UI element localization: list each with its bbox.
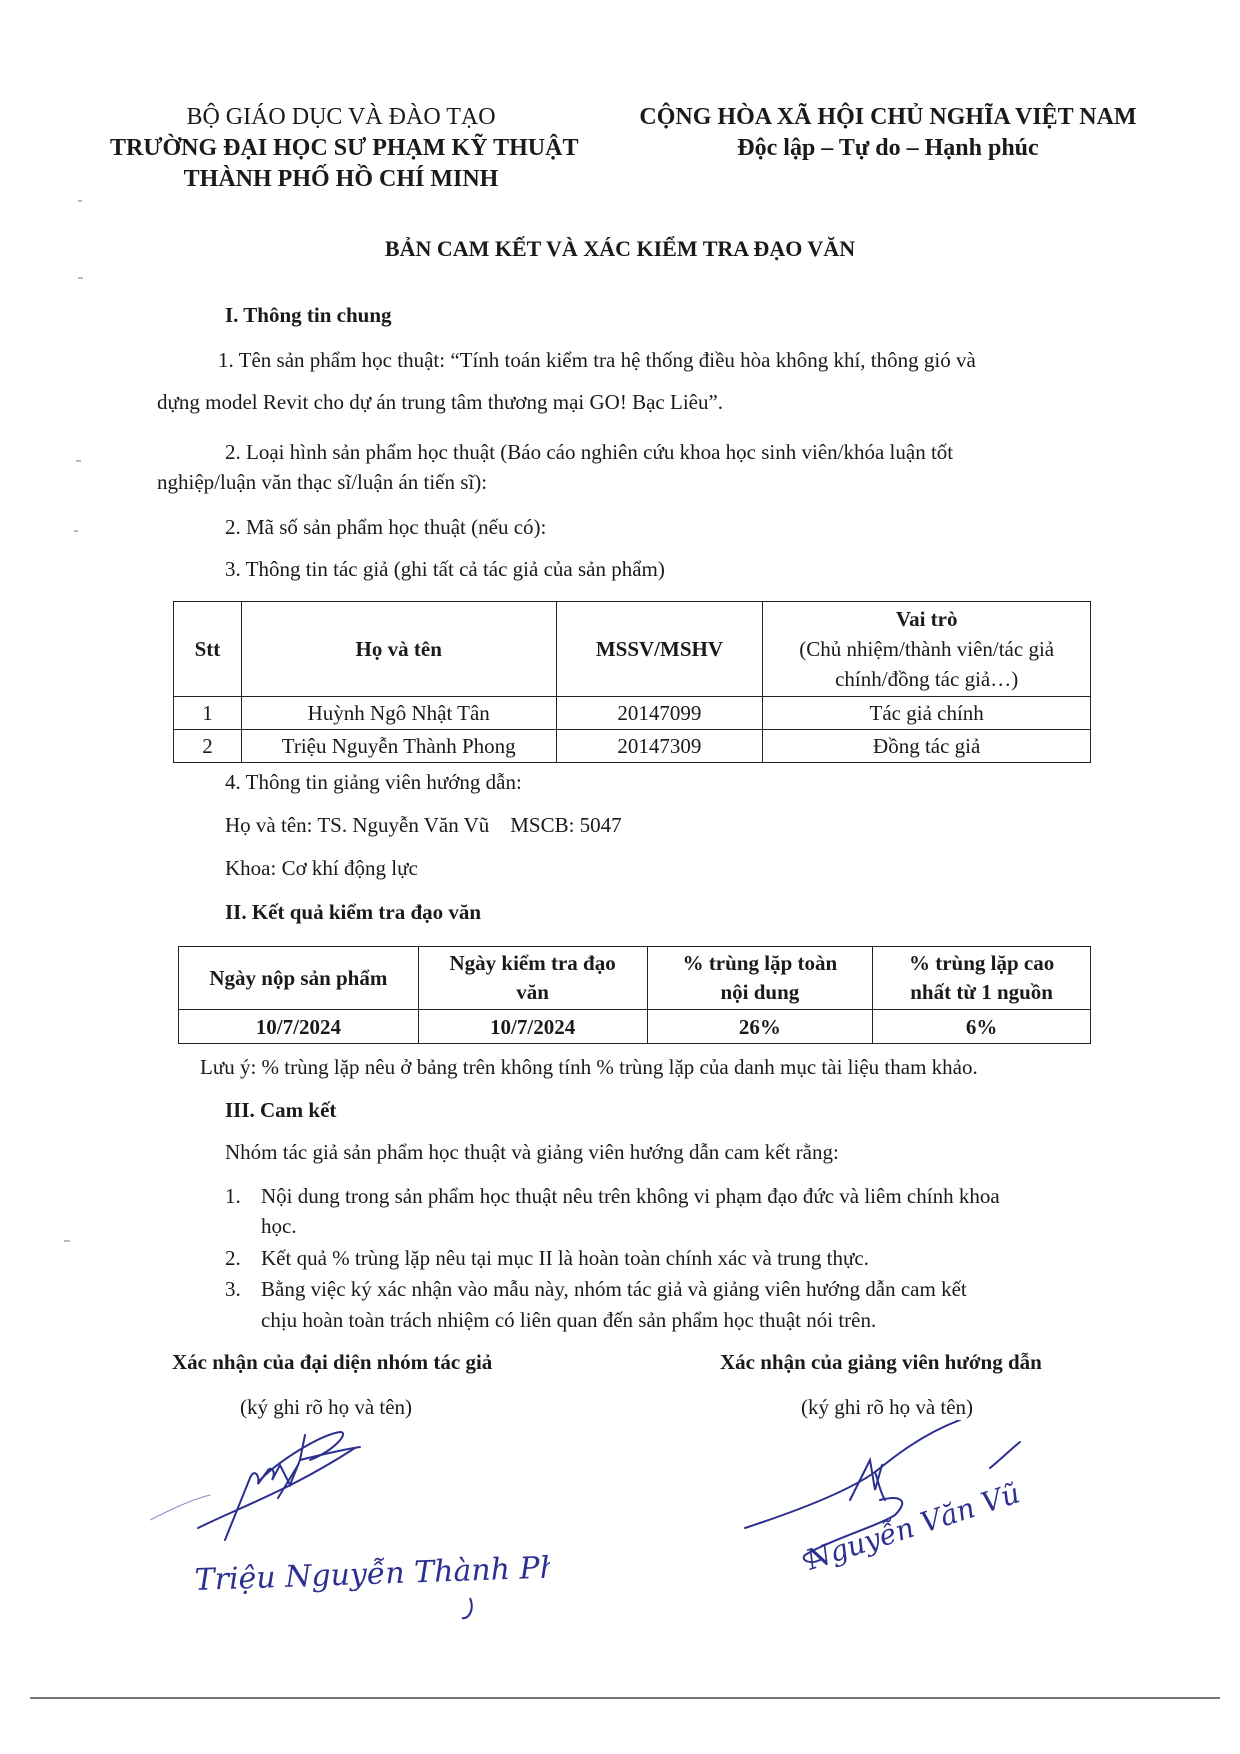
- scan-mark: [64, 1240, 70, 1242]
- author-info-label: 3. Thông tin tác giả (ghi tất cả tác giả…: [225, 557, 665, 582]
- cell-stt: 1: [174, 697, 242, 730]
- cell-stt: 2: [174, 730, 242, 763]
- header-max-single-source: % trùng lặp caonhất từ 1 nguồn: [873, 947, 1091, 1010]
- header-role-title: Vai trò: [763, 604, 1090, 634]
- national-motto: Độc lập – Tự do – Hạnh phúc: [618, 133, 1158, 164]
- author-signature-title: Xác nhận của đại diện nhóm tác giả: [172, 1350, 492, 1375]
- header-text: % trùng lặp toàn: [648, 949, 873, 978]
- section1-heading: I. Thông tin chung: [225, 303, 392, 328]
- cell-max-single-source: 6%: [873, 1010, 1091, 1044]
- header-total-similarity: % trùng lặp toànnội dung: [647, 947, 873, 1010]
- author-signature-instruction: (ký ghi rõ họ và tên): [240, 1395, 412, 1420]
- section3-heading: III. Cam kết: [225, 1098, 336, 1123]
- cell-student-id: 20147099: [556, 697, 763, 730]
- table-row: 1 Huỳnh Ngô Nhật Tân 20147099 Tác giả ch…: [174, 697, 1091, 730]
- scan-mark: [78, 200, 82, 202]
- product-type-line1: 2. Loại hình sản phẩm học thuật (Báo cáo…: [225, 440, 953, 465]
- item-text: Nội dung trong sản phẩm học thuật nêu tr…: [261, 1184, 1000, 1208]
- advisor-signature-instruction: (ký ghi rõ họ và tên): [801, 1395, 973, 1420]
- scan-mark: [78, 277, 83, 279]
- header-check-date: Ngày kiểm tra đạovăn: [418, 947, 647, 1010]
- cell-role: Tác giả chính: [763, 697, 1091, 730]
- commitment-item-1-cont: học.: [261, 1214, 297, 1239]
- cell-name: Huỳnh Ngô Nhật Tân: [241, 697, 556, 730]
- header-name: Họ và tên: [241, 602, 556, 697]
- country-name: CỘNG HÒA XÃ HỘI CHỦ NGHĨA VIỆT NAM: [618, 102, 1158, 133]
- header-text: nhất từ 1 nguồn: [873, 978, 1090, 1007]
- document-title: BẢN CAM KẾT VÀ XÁC KIỂM TRA ĐẠO VĂN: [0, 236, 1240, 262]
- cell-total-similarity: 26%: [647, 1010, 873, 1044]
- authors-table: Stt Họ và tên MSSV/MSHV Vai trò (Chủ nhi…: [173, 601, 1091, 763]
- header-text: Ngày nộp sản phẩm: [179, 964, 418, 993]
- advisor-faculty: Khoa: Cơ khí động lực: [225, 856, 418, 881]
- product-type-line2: nghiệp/luận văn thạc sĩ/luận án tiến sĩ)…: [157, 470, 487, 495]
- header-text: Ngày kiểm tra đạo: [419, 949, 647, 978]
- item-number: 3.: [225, 1277, 261, 1302]
- item-text: Bằng việc ký xác nhận vào mẫu này, nhóm …: [261, 1277, 967, 1301]
- commitment-item-1: 1.Nội dung trong sản phẩm học thuật nêu …: [225, 1184, 1000, 1209]
- commitment-intro: Nhóm tác giả sản phẩm học thuật và giảng…: [225, 1140, 839, 1165]
- header-role: Vai trò (Chủ nhiệm/thành viên/tác giả ch…: [763, 602, 1091, 697]
- ministry-header: BỘ GIÁO DỤC VÀ ĐÀO TẠO TRƯỜNG ĐẠI HỌC SƯ…: [110, 102, 572, 195]
- scan-mark: [74, 530, 78, 532]
- header-text: % trùng lặp cao: [873, 949, 1090, 978]
- authors-table-header: Stt Họ và tên MSSV/MSHV Vai trò (Chủ nhi…: [174, 602, 1091, 697]
- scan-mark: [76, 460, 81, 462]
- header-text: văn: [419, 978, 647, 1007]
- section2-heading: II. Kết quả kiểm tra đạo văn: [225, 900, 481, 925]
- table-row: 10/7/2024 10/7/2024 26% 6%: [179, 1010, 1091, 1044]
- cell-check-date: 10/7/2024: [418, 1010, 647, 1044]
- page-bottom-rule: [30, 1697, 1220, 1699]
- item-number: 2.: [225, 1246, 261, 1271]
- author-signature-image: Triệu Nguyễn Thành Phong: [150, 1420, 550, 1620]
- cell-student-id: 20147309: [556, 730, 763, 763]
- cell-name: Triệu Nguyễn Thành Phong: [241, 730, 556, 763]
- advisor-name: Họ và tên: TS. Nguyễn Văn Vũ MSCB: 5047: [225, 813, 622, 838]
- author-handwritten-name: Triệu Nguyễn Thành Phong: [194, 1548, 550, 1598]
- cell-submission-date: 10/7/2024: [179, 1010, 419, 1044]
- table-row: 2 Triệu Nguyễn Thành Phong 20147309 Đồng…: [174, 730, 1091, 763]
- header-role-desc2: chính/đồng tác giả…): [763, 664, 1090, 694]
- commitment-item-3: 3.Bằng việc ký xác nhận vào mẫu này, nhó…: [225, 1277, 967, 1302]
- advisor-signature-image: Nguyễn Văn Vũ: [700, 1420, 1050, 1600]
- header-text: nội dung: [648, 978, 873, 1007]
- advisor-info-label: 4. Thông tin giảng viên hướng dẫn:: [225, 770, 522, 795]
- results-table-header: Ngày nộp sản phẩm Ngày kiểm tra đạovăn %…: [179, 947, 1091, 1010]
- header-stt: Stt: [174, 602, 242, 697]
- ministry-name: BỘ GIÁO DỤC VÀ ĐÀO TẠO: [110, 102, 572, 133]
- product-name-line1: 1. Tên sản phẩm học thuật: “Tính toán ki…: [218, 348, 976, 373]
- header-role-desc1: (Chủ nhiệm/thành viên/tác giả: [763, 634, 1090, 664]
- advisor-signature-title: Xác nhận của giảng viên hướng dẫn: [720, 1350, 1042, 1375]
- cell-role: Đồng tác giả: [763, 730, 1091, 763]
- item-text: Kết quả % trùng lặp nêu tại mục II là ho…: [261, 1246, 869, 1270]
- commitment-item-3-cont: chịu hoàn toàn trách nhiệm có liên quan …: [261, 1308, 876, 1333]
- header-student-id: MSSV/MSHV: [556, 602, 763, 697]
- product-code: 2. Mã số sản phẩm học thuật (nếu có):: [225, 515, 546, 540]
- header-submission-date: Ngày nộp sản phẩm: [179, 947, 419, 1010]
- university-name: TRƯỜNG ĐẠI HỌC SƯ PHẠM KỸ THUẬT: [110, 133, 572, 164]
- national-header: CỘNG HÒA XÃ HỘI CHỦ NGHĨA VIỆT NAM Độc l…: [618, 102, 1158, 164]
- advisor-handwritten-name: Nguyễn Văn Vũ: [801, 1477, 1024, 1577]
- plagiarism-results-table: Ngày nộp sản phẩm Ngày kiểm tra đạovăn %…: [178, 946, 1091, 1044]
- item-number: 1.: [225, 1184, 261, 1209]
- product-name-line2: dựng model Revit cho dự án trung tâm thư…: [157, 390, 723, 415]
- note: Lưu ý: % trùng lặp nêu ở bảng trên không…: [200, 1055, 978, 1080]
- commitment-item-2: 2.Kết quả % trùng lặp nêu tại mục II là …: [225, 1246, 869, 1271]
- university-city: THÀNH PHỐ HỒ CHÍ MINH: [110, 164, 572, 195]
